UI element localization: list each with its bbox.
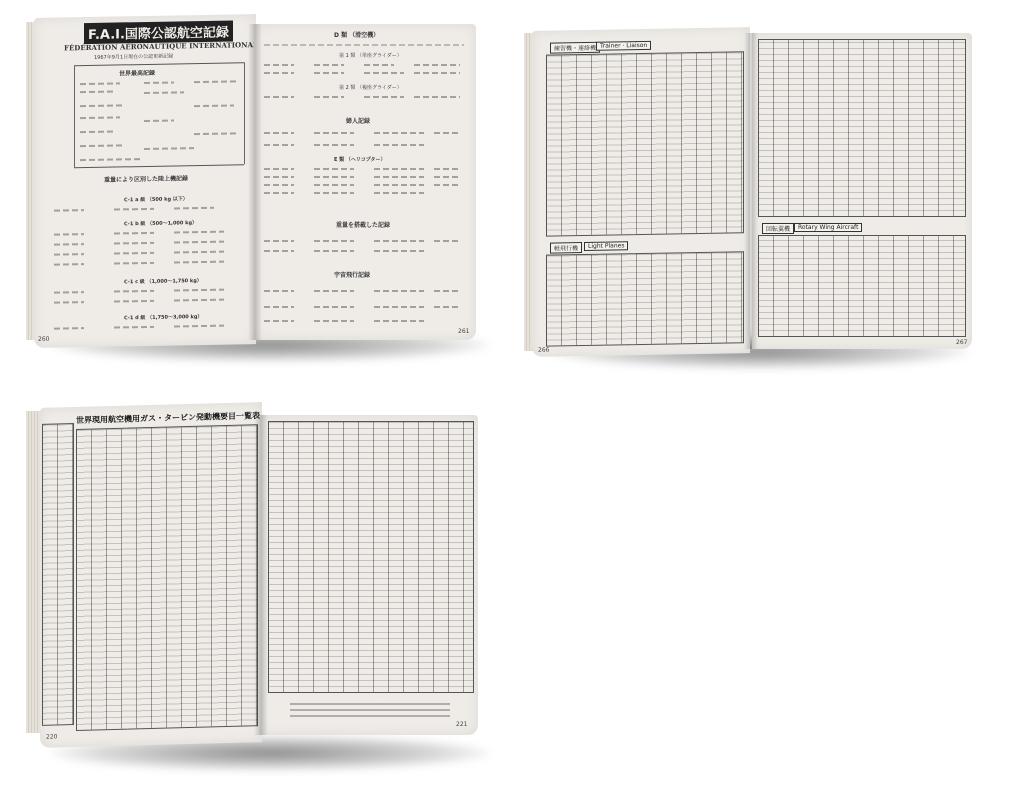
book-gutter	[744, 33, 758, 349]
light-planes-table	[546, 251, 744, 346]
page-number-right: 267	[956, 339, 967, 346]
trainer-table	[546, 51, 744, 236]
section-world-records: 世界最高記録	[119, 68, 155, 78]
sub-single-glider: 第 1 類 （単座グライダー）	[339, 52, 402, 59]
right-page: D 類 （滑空機） 第 1 類 （単座グライダー） 第 2 類 （複座グライダー…	[254, 24, 476, 340]
sub-double-glider: 第 2 類 （複座グライダー）	[339, 84, 402, 91]
engine-table-left	[76, 424, 258, 731]
left-page: 世界現用航空機用ガス・タービン発動機要目一覧表 220	[40, 402, 262, 748]
page-number-right: 261	[458, 328, 469, 335]
continued-table	[758, 39, 966, 217]
page-number-left: 260	[38, 336, 49, 343]
rotary-wing-table	[758, 235, 966, 337]
page-number-left: 220	[46, 733, 57, 740]
engine-table-title: 世界現用航空機用ガス・タービン発動機要目一覧表	[76, 410, 260, 426]
tag-rotary-jp: 回転翼機	[762, 223, 794, 234]
section-womens-records: 婦人記録	[346, 116, 370, 125]
section-space-flight: 宇宙飛行記録	[334, 270, 370, 279]
page-number-right: 221	[456, 721, 467, 728]
class-c1b: C-1 b 級 （500〜1,000 kg）	[124, 219, 197, 227]
section-helicopters: E 類 （ヘリコプター）	[334, 156, 385, 163]
engine-table-right	[268, 421, 474, 693]
right-page: 回転翼機 Rotary Wing Aircraft 267	[752, 33, 972, 349]
class-c1d: C-1 d 級 （1,750〜3,000 kg）	[124, 313, 202, 321]
tag-trainer-jp: 練習機・連絡機	[550, 42, 600, 54]
tag-light-planes-jp: 軽飛行機	[550, 242, 582, 254]
tag-rotary-en: Rotary Wing Aircraft	[794, 223, 862, 232]
photo-gas-turbine-book: 世界現用航空機用ガス・タービン発動機要目一覧表 220 221	[20, 395, 490, 775]
date-line: 1967年9月1日現在の公認更新記録	[94, 53, 173, 61]
photo-aircraft-tables-book: 練習機・連絡機 Trainer · Liaison 軽飛行機 Light Pla…	[520, 25, 980, 370]
photo-fai-records-book: F.A.I.国際公認航空記録 FÉDÉRATION AÉRONAUTIQUE I…	[20, 10, 490, 365]
engine-footnotes	[290, 701, 450, 721]
engine-table-side	[42, 423, 74, 726]
left-page: F.A.I.国際公認航空記録 FÉDÉRATION AÉRONAUTIQUE I…	[34, 14, 256, 348]
class-c1a: C-1 a 級 （500 kg 以下）	[124, 195, 188, 203]
right-page: 221	[260, 415, 478, 735]
section-landplane-by-weight: 重量により区別した陸上機記録	[104, 173, 188, 183]
left-page: 練習機・連絡機 Trainer · Liaison 軽飛行機 Light Pla…	[532, 27, 750, 357]
tag-trainer-en: Trainer · Liaison	[596, 41, 651, 51]
section-gliders: D 類 （滑空機）	[334, 30, 379, 39]
class-c1c: C-1 c 級 （1,000〜1,750 kg）	[124, 277, 202, 285]
book-gutter	[248, 24, 262, 340]
book-gutter	[254, 415, 268, 735]
page-number-left: 266	[538, 347, 549, 354]
tag-light-planes-en: Light Planes	[584, 241, 628, 251]
section-payload-records: 重量を搭載した記録	[336, 220, 390, 229]
